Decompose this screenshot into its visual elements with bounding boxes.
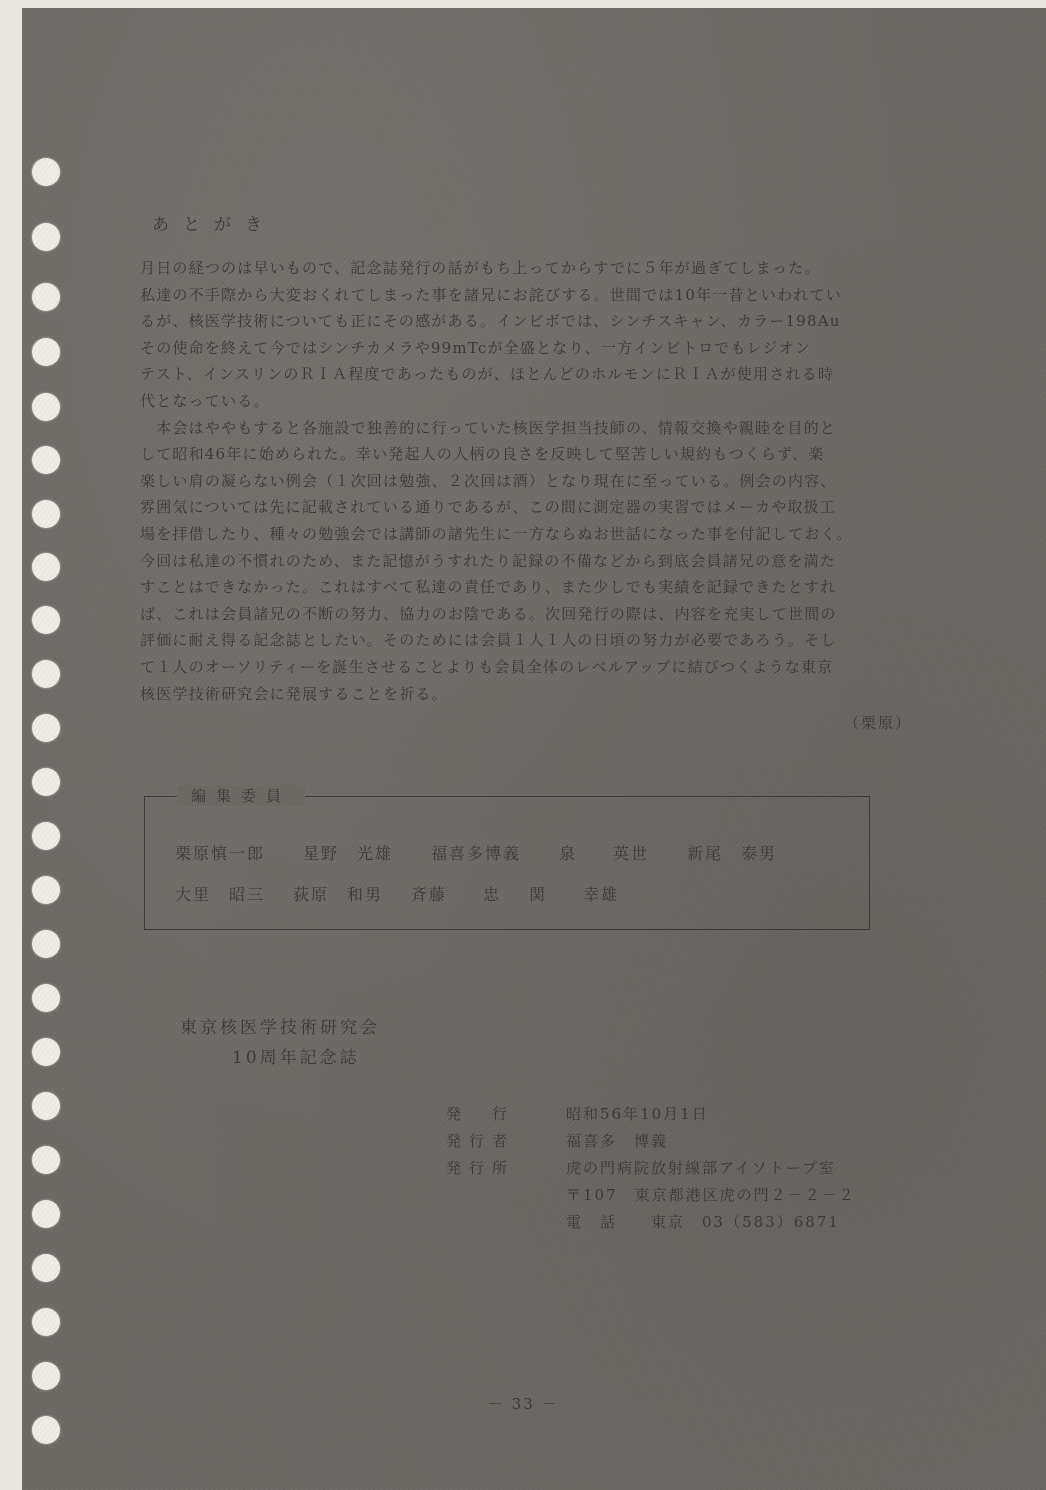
body-line: ば、これは会員諸兄の不断の努力、協力のお陰である。次回発行の際は、内容を充実して… <box>140 601 930 628</box>
binder-hole <box>32 768 60 796</box>
committee-member: 星野 光雄 <box>303 841 431 864</box>
committee-member: 新尾 泰男 <box>687 841 815 864</box>
binder-hole <box>32 446 60 474</box>
colophon-row: 発 行 昭和56年10月1日 <box>446 1100 856 1127</box>
committee-member: 福喜多博義 <box>431 841 559 864</box>
colophon: 発 行 昭和56年10月1日 発行者 福喜多 博義 発行所 虎の門病院放射線部ア… <box>446 1100 856 1235</box>
colophon-row: 発行者 福喜多 博義 <box>446 1127 856 1154</box>
colophon-value: 電 話 東京 03（583）6871 <box>566 1211 840 1232</box>
body-line: るが、核医学技術についても正にその感がある。インビボでは、シンチスキャン、カラー… <box>140 308 930 335</box>
body-line: 雰囲気については先に記載されている通りであるが、この間に測定器の実習ではメーカや… <box>140 494 930 521</box>
body-line: 核医学技術研究会に発展することを祈る。 <box>140 681 930 708</box>
binder-hole <box>32 1200 60 1228</box>
colophon-row: 〒107 東京都港区虎の門２－２－２ <box>446 1181 856 1208</box>
body-line: 評価に耐え得る記念誌としたい。そのためには会員１人１人の日頃の努力が必要であろう… <box>140 627 930 654</box>
body-line: 本会はややもすると各施設で独善的に行っていた核医学担当技師の、情報交換や親睦を目… <box>140 415 930 442</box>
binder-hole <box>32 1308 60 1336</box>
committee-member: 泉 英世 <box>559 841 687 864</box>
colophon-row: 発行所 虎の門病院放射線部アイソトープ室 <box>446 1154 856 1181</box>
body-line: 私達の不手際から大変おくれてしまった事を諸兄にお詫びする。世間では10年一昔とい… <box>140 282 930 309</box>
binder-hole <box>32 1092 60 1120</box>
committee-row: 栗原慎一郎 星野 光雄 福喜多博義 泉 英世 新尾 泰男 <box>175 841 815 864</box>
committee-member: 大里 昭三 <box>175 882 293 905</box>
binder-hole <box>32 1416 60 1444</box>
section-heading: あとがき <box>152 210 276 235</box>
binder-hole <box>32 1146 60 1174</box>
colophon-label: 発行者 <box>446 1130 566 1151</box>
colophon-value: 〒107 東京都港区虎の門２－２－２ <box>566 1184 856 1205</box>
colophon-label: 発行所 <box>446 1157 566 1178</box>
colophon-row: 電 話 東京 03（583）6871 <box>446 1208 856 1235</box>
binder-hole <box>32 714 60 742</box>
committee-title: 編集委員 <box>177 785 305 806</box>
body-line: テスト、インスリンのＲＩＡ程度であったものが、ほとんどのホルモンにＲＩＡが使用さ… <box>140 361 930 388</box>
publisher-organization: 東京核医学技術研究会 <box>180 1013 380 1038</box>
body-line: て１人のオーソリティーを誕生させることよりも会員全体のレベルアップに結びつくよう… <box>140 654 930 681</box>
binder-hole <box>32 553 60 581</box>
binder-hole <box>32 223 60 251</box>
binder-hole <box>32 822 60 850</box>
binder-hole <box>32 393 60 421</box>
committee-member: 関 幸雄 <box>529 882 647 905</box>
page-number: － 33 － <box>488 1393 559 1414</box>
author-signature: （栗原） <box>844 712 912 733</box>
colophon-value: 昭和56年10月1日 <box>566 1103 709 1124</box>
colophon-value: 虎の門病院放射線部アイソトープ室 <box>566 1157 836 1178</box>
binder-hole <box>32 1038 60 1066</box>
body-line: して昭和46年に始められた。幸い発起人の人柄の良さを反映して堅苦しい規約もつくら… <box>140 441 930 468</box>
binder-hole <box>32 606 60 634</box>
binder-hole <box>32 1254 60 1282</box>
body-line: 代となっている。 <box>140 388 930 415</box>
committee-member: 斉藤 忠 <box>411 882 529 905</box>
binder-hole <box>32 1362 60 1390</box>
editorial-committee-box: 編集委員 栗原慎一郎 星野 光雄 福喜多博義 泉 英世 新尾 泰男 大里 昭三 … <box>144 796 870 930</box>
binder-hole <box>32 500 60 528</box>
body-line: その使命を終えて今ではシンチカメラや99mTcが全盛となり、一方インビトロでもレ… <box>140 335 930 362</box>
binder-hole <box>32 283 60 311</box>
colophon-label: 発 行 <box>446 1103 566 1124</box>
body-line: 月日の経つのは早いもので、記念誌発行の話がもち上ってからすでに５年が過ぎてしまっ… <box>140 255 930 282</box>
colophon-value: 福喜多 博義 <box>566 1130 668 1151</box>
body-line: 場を拝借したり、種々の勉強会では講師の諸先生に一方ならぬお世話になった事を付記し… <box>140 521 930 548</box>
binder-hole <box>32 158 60 186</box>
journal-title: 10周年記念誌 <box>232 1043 360 1068</box>
afterword-body: 月日の経つのは早いもので、記念誌発行の話がもち上ってからすでに５年が過ぎてしまっ… <box>140 255 930 707</box>
committee-member: 荻原 和男 <box>293 882 411 905</box>
committee-row: 大里 昭三 荻原 和男 斉藤 忠 関 幸雄 <box>175 882 647 905</box>
binder-hole <box>32 660 60 688</box>
body-line: すことはできなかった。これはすべて私達の責任であり、また少しでも実績を記録できた… <box>140 574 930 601</box>
binder-hole <box>32 876 60 904</box>
binder-hole <box>32 930 60 958</box>
binder-hole <box>32 338 60 366</box>
binder-hole <box>32 984 60 1012</box>
committee-member: 栗原慎一郎 <box>175 841 303 864</box>
body-line: 楽しい肩の凝らない例会（１次回は勉強、２次回は酒）となり現在に至っている。例会の… <box>140 468 930 495</box>
body-line: 今回は私達の不慣れのため、また記憶がうすれたり記録の不備などから到底会員諸兄の意… <box>140 548 930 575</box>
